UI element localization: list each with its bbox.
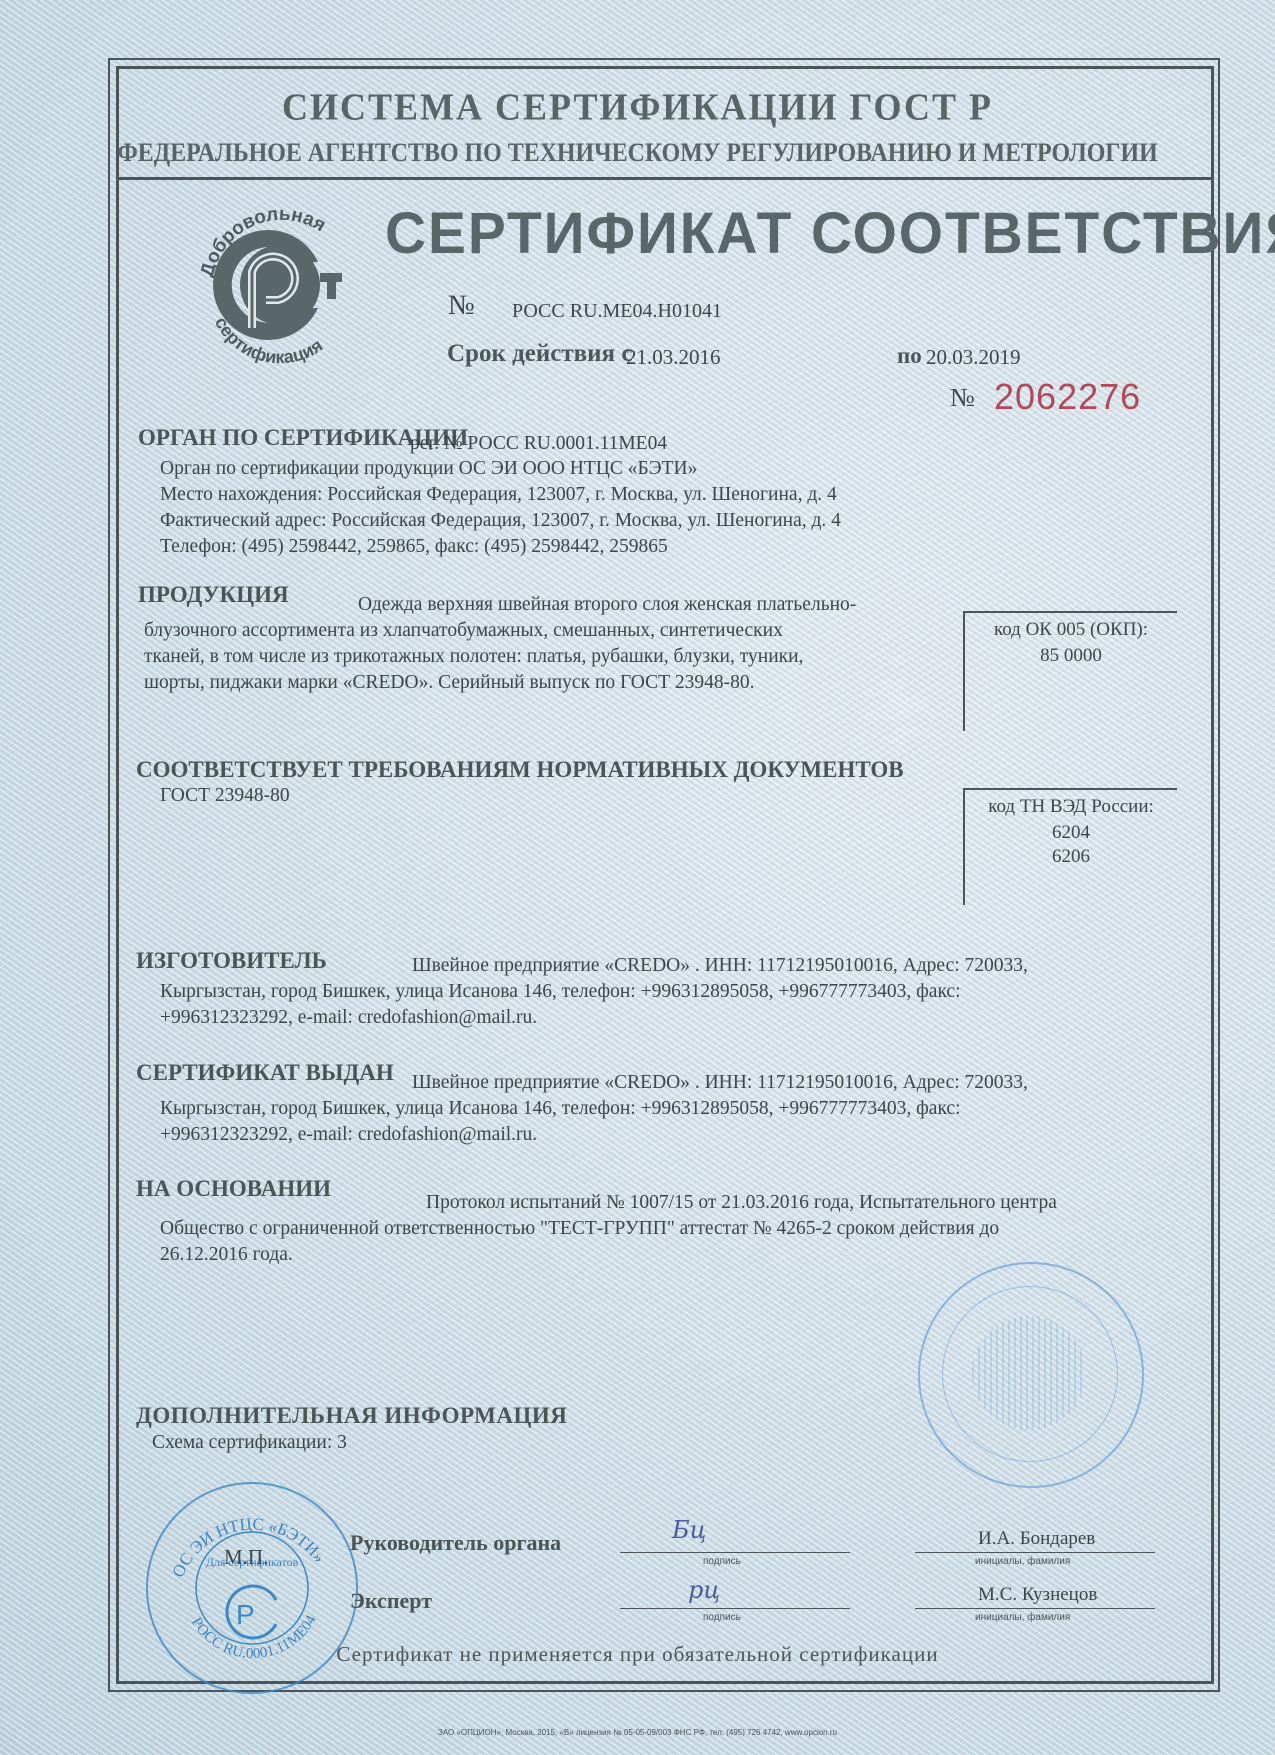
conformity-heading: СООТВЕТСТВУЕТ ТРЕБОВАНИЯМ НОРМАТИВНЫХ ДО… [136,757,904,783]
rst-logo-icon: Добровольная сертификация [190,190,370,370]
signature-caption: подпись [703,1612,741,1623]
valid-from: 21.03.2016 [626,345,721,370]
basis-line: Протокол испытаний № 1007/15 от 21.03.20… [426,1192,1057,1214]
manufacturer-line: Швейное предприятие «CREDO» . ИНН: 11712… [412,955,1028,977]
certificate-number: РОСС RU.МЕ04.Н01041 [512,300,722,323]
signature-caption: подпись [703,1556,741,1567]
head-of-body-label: Руководитель органа [350,1530,561,1556]
manufacturer-line: +996312323292, e-mail: credofashion@mail… [160,1007,537,1029]
issued-to-line: Кыргызстан, город Бишкек, улица Исанова … [160,1098,961,1120]
additional-info-heading: ДОПОЛНИТЕЛЬНАЯ ИНФОРМАЦИЯ [136,1403,567,1429]
conformity-document: ГОСТ 23948-80 [160,785,290,807]
issued-to-line: Швейное предприятие «CREDO» . ИНН: 11712… [412,1072,1028,1094]
expert-label: Эксперт [350,1588,432,1614]
tnved-value: 6206 [965,846,1177,868]
issued-to-heading: СЕРТИФИКАТ ВЫДАН [136,1060,394,1086]
serial-label: № [950,383,975,413]
product-heading: ПРОДУКЦИЯ [138,582,289,608]
head-name: И.А. Бондарев [978,1528,1095,1550]
valid-to: 20.03.2019 [926,345,1021,370]
tnved-label: код ТН ВЭД России: [965,796,1177,818]
expert-signature: рц [688,1576,720,1604]
header-divider [116,177,1211,180]
validity-label: Срок действия с [447,340,632,368]
certification-scheme: Схема сертификации: 3 [152,1432,347,1454]
okp-value: 85 0000 [965,645,1177,667]
system-title: СИСТЕМА СЕРТИФИКАЦИИ ГОСТ Р [0,85,1275,129]
serial-number: 2062276 [994,376,1141,418]
seal-label: М.П. [224,1545,268,1570]
okp-label: код ОК 005 (ОКП): [965,619,1177,641]
valid-to-label: по [897,343,922,369]
product-line: тканей, в том числе из трикотажных полот… [144,646,803,668]
product-line: Одежда верхняя швейная второго слоя женс… [358,594,856,616]
expert-name: М.С. Кузнецов [978,1584,1097,1606]
basis-heading: НА ОСНОВАНИИ [136,1176,331,1202]
product-line: блузочного ассортимента из хлапчатобумаж… [144,620,783,642]
basis-line: Общество с ограниченной ответственностью… [160,1218,999,1240]
certification-body-line: Место нахождения: Российская Федерация, … [160,484,837,506]
certification-body-line: Орган по сертификации продукции ОС ЭИ ОО… [160,458,697,480]
product-line: шорты, пиджаки марки «CREDO». Серийный в… [144,672,755,694]
certificate-title: СЕРТИФИКАТ СООТВЕТСТВИЯ [385,200,1275,267]
name-caption: инициалы, фамилия [975,1556,1070,1567]
certification-body-reg: рег. № РОСС RU.0001.11МЕ04 [410,433,667,455]
certification-body-line: Телефон: (495) 2598442, 259865, факс: (4… [160,536,668,558]
number-label: № [448,290,475,322]
expert-signature-line [620,1608,850,1609]
head-name-line [915,1552,1155,1553]
manufacturer-line: Кыргызстан, город Бишкек, улица Исанова … [160,981,961,1003]
svg-text:P: P [236,1599,255,1630]
basis-line: 26.12.2016 года. [160,1244,293,1266]
certification-body-line: Фактический адрес: Российская Федерация,… [160,510,841,532]
manufacturer-heading: ИЗГОТОВИТЕЛЬ [136,948,327,974]
name-caption: инициалы, фамилия [975,1612,1070,1623]
printer-info: ЗАО «ОПЦИОН», Москва, 2015, «В» лицензия… [0,1728,1275,1737]
tnved-value: 6204 [965,822,1177,844]
tnved-code-box: код ТН ВЭД России: 6204 6206 [963,788,1177,905]
agency-name: ФЕДЕРАЛЬНОЕ АГЕНТСТВО ПО ТЕХНИЧЕСКОМУ РЕ… [51,138,1224,168]
okp-code-box: код ОК 005 (ОКП): 85 0000 [963,611,1177,731]
footer-note: Сертификат не применяется при обязательн… [0,1642,1275,1667]
issued-to-line: +996312323292, e-mail: credofashion@mail… [160,1124,537,1146]
head-signature: Бц [672,1516,706,1544]
organization-stamp-right [918,1262,1144,1488]
expert-name-line [915,1608,1155,1609]
head-signature-line [620,1552,850,1553]
